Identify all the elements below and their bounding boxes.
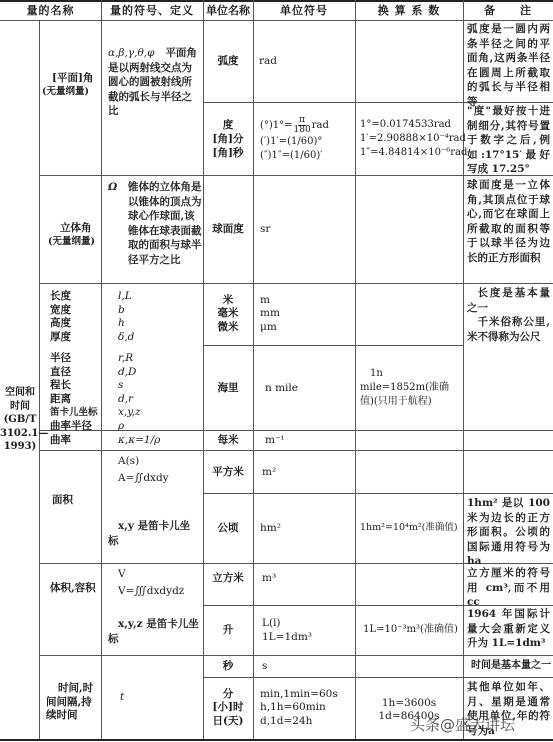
header-unit-name: 单位名称 xyxy=(203,1,253,20)
header-quantity-name: 量的名称 xyxy=(0,1,101,20)
header-conversion-factor: 换 算 系 数 xyxy=(355,1,463,20)
fraction-pi-over-180: π180 xyxy=(294,116,311,135)
remark-radian: 弧度是一圆内两条半径之间的平面角,这两条半径在圆周上所截取的弧长与半径相等 xyxy=(463,22,553,102)
unit-name-meter: 米 毫米 微米 xyxy=(203,283,253,345)
header-remarks: 备 注 xyxy=(463,1,553,20)
unit-name-degree-minute-second: 度 [角]分 [角]秒 xyxy=(203,102,253,175)
symbol-volume: V V=∭dxdydz xyxy=(118,566,202,606)
remark-length: 长度是基本量之一 千米俗称公里,米不得称为公尺 xyxy=(463,286,553,346)
unit-name-radian: 弧度 xyxy=(203,20,253,102)
quantity-area: 面积 xyxy=(52,450,102,550)
definition-solid-angle: Ω 锥体的立体角是以锥体的顶点为球心作球面,该锥体在球表面截取的面积与球半径平方… xyxy=(108,180,202,280)
unit-name-liter: 升 xyxy=(203,605,253,655)
remark-second: 时间是基本量之一 xyxy=(463,655,553,677)
quantity-solid-angle: 立体角 (无量纲量) xyxy=(42,220,102,250)
unit-symbol-minute-hour-day: min,1min=60s h,1h=60min d,1d=24h xyxy=(260,677,354,739)
unit-name-second: 秒 xyxy=(203,655,253,677)
units-table: 量的名称 量的符号、定义 单位名称 单位符号 换 算 系 数 备 注 空间和 时… xyxy=(0,0,553,742)
symbol-area: A(s) A=∬dxdy xyxy=(118,453,202,493)
unit-symbol-second: s xyxy=(262,655,352,677)
unit-name-square-meter: 平方米 xyxy=(203,450,253,493)
definition-volume-note: x,y,z 是笛卡儿坐标 xyxy=(108,617,200,647)
group-label-space-time: 空间和 时间 (GB/T 3102.1— 1993) xyxy=(0,380,40,460)
header-unit-symbol: 单位符号 xyxy=(253,1,355,20)
table-bottom-border xyxy=(0,739,553,741)
unit-symbol-hectare: hm² xyxy=(260,493,354,563)
unit-name-steradian: 球面度 xyxy=(203,175,253,283)
quantity-time: 时间,时 间间隔,持 续时间 xyxy=(46,680,102,725)
remark-degree: "度"最好按十进制细分,其符号置于数字之后,例如:17°15′最好写成 17.2… xyxy=(463,104,553,174)
definition-plane-angle: α,β,γ,θ,φ 平面角是以两射线交点为圆心的圆被射线所截的弧长与半径之比 xyxy=(108,46,200,166)
watermark: 头条@盛大讲坛 xyxy=(410,714,515,735)
unit-symbol-meter: m mm μm xyxy=(260,283,354,345)
unit-name-per-meter: 每米 xyxy=(203,430,253,450)
conversion-degree-minute-second: 1°=0.0174533rad 1′=2.90888×10⁻⁴rad 1″=4.… xyxy=(360,102,463,175)
symbol-time: t xyxy=(120,655,200,739)
symbol-length-group: l,L b h δ,d r,R d,D s d,r x,y,z ρ xyxy=(118,290,202,430)
unit-symbol-radian: rad xyxy=(259,20,353,102)
unit-symbol-liter: L(l) 1L=1dm³ xyxy=(262,605,352,655)
unit-symbol-degree-minute-second: (°)1°=π180rad (′)1′=(1/60)° (″)1″=(1/60)… xyxy=(260,104,354,174)
remark-hectare: 1hm² 是以 100 米为边长的正方形面积。公顷的国际通用符号为 ha xyxy=(463,496,553,562)
unit-symbol-nautical-mile: n mile xyxy=(265,345,355,430)
conversion-nautical-mile: 1n mile=1852m(准确值)(只用于航程) xyxy=(360,345,460,430)
symbol-curvature: κ,κ=1/ρ xyxy=(118,430,202,450)
unit-symbol-steradian: sr xyxy=(260,175,354,283)
unit-symbol-square-meter: m² xyxy=(262,450,352,493)
quantity-volume: 体积,容积 xyxy=(50,563,102,613)
remark-steradian: 球面度是一立体角,其顶点位于球心,而它在球面上所截取的面积等于以球半径为边长的正… xyxy=(463,178,553,282)
header-symbol-definition: 量的符号、定义 xyxy=(101,1,203,20)
unit-name-hectare: 公顷 xyxy=(203,493,253,563)
quantity-curvature: 曲率 xyxy=(50,430,102,450)
quantity-plane-angle: [平面]角 (无量纲量) xyxy=(42,70,102,100)
remark-liter: 1964 年国际计量大会重新定义升为 1L=1dm³ xyxy=(463,607,553,655)
remark-cubic-meter: 立方厘米的符号用 cm³,而不用 cc xyxy=(463,566,553,604)
quantity-length-group: 长度 宽度 高度 厚度 半径 直径 程长 距离 笛卡儿坐标 曲率半径 xyxy=(50,290,102,430)
conversion-liter: 1L=10⁻³m³(准确值) xyxy=(358,605,463,655)
unit-name-minute-hour-day: 分 [小]时 日(天) xyxy=(203,677,253,739)
definition-area-note: x,y 是笛卡儿坐标 xyxy=(108,519,200,549)
subrow-divider xyxy=(203,677,553,678)
conversion-hectare: 1hm²=10⁴m²(准确值) xyxy=(360,493,462,563)
col-divider-unit-symbol xyxy=(355,0,356,739)
unit-symbol-cubic-meter: m³ xyxy=(262,563,352,593)
unit-name-nautical-mile: 海里 xyxy=(203,345,253,430)
unit-name-cubic-meter: 立方米 xyxy=(203,563,253,593)
unit-symbol-per-meter: m⁻¹ xyxy=(265,430,353,450)
col-divider-unit-name xyxy=(253,0,254,739)
